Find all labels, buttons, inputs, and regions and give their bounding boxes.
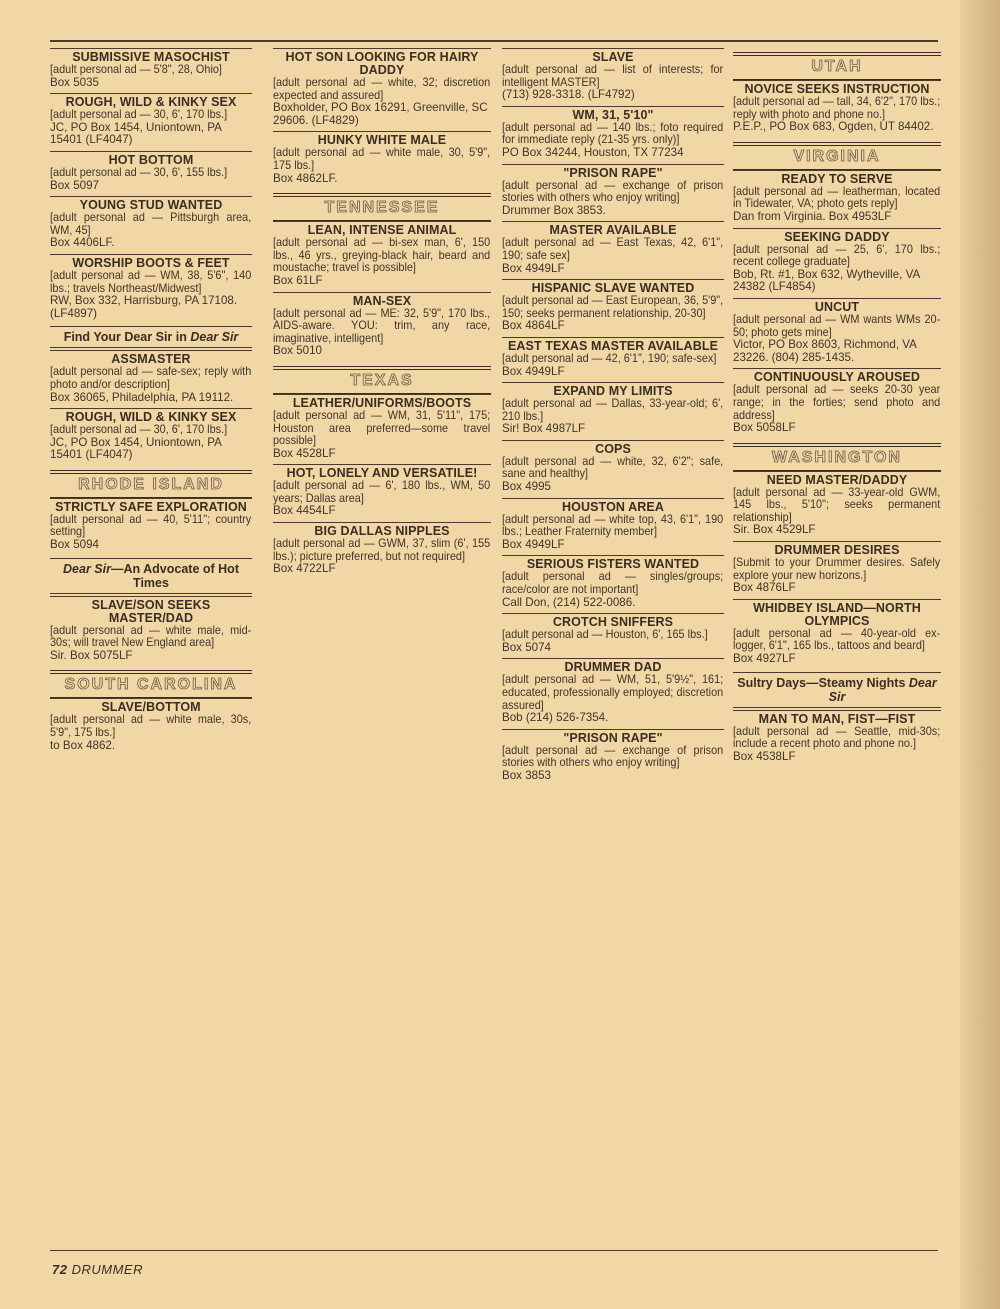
- classified-ad: Crotch Sniffers[adult personal ad — Hous…: [502, 613, 724, 658]
- ad-reply-box: Dan from Virginia. Box 4953LF: [733, 211, 941, 224]
- classified-ad: Hot Bottom[adult personal ad — 30, 6', 1…: [50, 151, 252, 196]
- ad-body: [adult personal ad — white male, mid-30s…: [50, 625, 251, 650]
- ad-reply-box: Sir! Box 4987LF: [502, 423, 724, 436]
- ad-body: [adult personal ad — 140 lbs.; foto requ…: [502, 122, 723, 147]
- bottom-rule: [50, 1250, 938, 1251]
- ad-body: [adult personal ad — WM, 51, 5'9½", 161;…: [502, 674, 723, 712]
- classified-ad: Drummer Desires[Submit to your Drummer d…: [733, 541, 941, 599]
- ad-reply-box: to Box 4862.: [50, 740, 252, 753]
- ad-reply-box: P.E.P., PO Box 683, Ogden, UT 84402.: [733, 121, 941, 134]
- ad-body: [adult personal ad — WM, 31, 5'11", 175;…: [273, 410, 490, 448]
- state-section-heading: Texas: [273, 366, 491, 394]
- classified-ad: Big Dallas Nipples[adult personal ad — G…: [273, 522, 491, 580]
- ad-body: [adult personal ad — 40-year-old ex-logg…: [733, 628, 940, 653]
- ad-body: [adult personal ad — white male, 30s, 5'…: [50, 714, 251, 739]
- state-section-heading: Rhode Island: [50, 470, 252, 498]
- ad-reply-box: Box 36065, Philadelphia, PA 19112.: [50, 392, 252, 405]
- state-section-heading: South Carolina: [50, 670, 252, 698]
- ad-reply-box: Box 4406LF.: [50, 237, 252, 250]
- classified-ad: Expand My Limits[adult personal ad — Dal…: [502, 382, 724, 440]
- classified-ad: Serious Fisters Wanted[adult personal ad…: [502, 555, 724, 613]
- classified-ad: Cops[adult personal ad — white, 32, 6'2"…: [502, 440, 724, 498]
- ad-body: [Submit to your Drummer desires. Safely …: [733, 557, 940, 582]
- promo-banner: Dear Sir—An Advocate of Hot Times: [50, 558, 252, 594]
- ad-body: [adult personal ad — Seattle, mid-30s; i…: [733, 726, 940, 751]
- classified-ad: Need Master/Daddy[adult personal ad — 33…: [733, 471, 941, 541]
- classified-ad: Man to Man, Fist—Fist[adult personal ad …: [733, 710, 941, 768]
- promo-banner: Find Your Dear Sir in Dear Sir: [50, 326, 252, 348]
- ad-body: [adult personal ad — singles/groups; rac…: [502, 571, 723, 596]
- ad-body: [adult personal ad — East European, 36, …: [502, 295, 723, 320]
- classified-ad: Whidbey Island—North Olympics[adult pers…: [733, 599, 941, 670]
- classified-ad: Worship Boots & Feet[adult personal ad —…: [50, 254, 252, 324]
- ad-reply-box: Box 4864LF: [502, 320, 724, 333]
- ad-body: [adult personal ad — list of interests; …: [502, 64, 723, 89]
- ad-reply-box: Box 4528LF: [273, 448, 491, 461]
- ad-body: [adult personal ad — Houston, 6', 165 lb…: [502, 629, 723, 642]
- ad-body: [adult personal ad — ME: 32, 5'9", 170 l…: [273, 308, 490, 346]
- classified-ad: Young Stud Wanted[adult personal ad — Pi…: [50, 196, 252, 254]
- classified-ad: Slave/Son Seeks Master/Dad[adult persona…: [50, 596, 252, 667]
- ad-body: [adult personal ad — bi-sex man, 6', 150…: [273, 237, 490, 275]
- promo-banner: Sultry Days—Steamy Nights Dear Sir: [733, 672, 941, 708]
- ad-reply-box: Bob (214) 526-7354.: [502, 712, 724, 725]
- ad-reply-box: Drummer Box 3853.: [502, 205, 724, 218]
- ad-reply-box: Boxholder, PO Box 16291, Greenville, SC …: [273, 102, 491, 127]
- ad-body: [adult personal ad — tall, 34, 6'2", 170…: [733, 96, 940, 121]
- ad-body: [adult personal ad — 42, 6'1", 190; safe…: [502, 353, 723, 366]
- ad-reply-box: Box 61LF: [273, 275, 491, 288]
- page-edge-shadow: [960, 0, 1000, 1309]
- ad-body: [adult personal ad — 30, 6', 155 lbs.]: [50, 167, 251, 180]
- ad-reply-box: Box 4538LF: [733, 751, 941, 764]
- ad-reply-box: JC, PO Box 1454, Uniontown, PA 15401 (LF…: [50, 437, 252, 462]
- ad-body: [adult personal ad — WM wants WMs 20-50;…: [733, 314, 940, 339]
- ad-body: [adult personal ad — 30, 6', 170 lbs.]: [50, 109, 251, 122]
- ad-reply-box: Box 4949LF: [502, 366, 724, 379]
- promo-italic: Dear Sir: [190, 330, 238, 344]
- ad-reply-box: Box 4722LF: [273, 563, 491, 576]
- classified-ad: Drummer Dad[adult personal ad — WM, 51, …: [502, 658, 724, 728]
- classified-ad: Assmaster[adult personal ad — safe-sex; …: [50, 350, 252, 408]
- column-2: Hot Son Looking for Hairy Daddy[adult pe…: [273, 48, 491, 580]
- ad-body: [adult personal ad — white, 32; discreti…: [273, 77, 490, 102]
- ad-reply-box: PO Box 34244, Houston, TX 77234: [502, 147, 724, 160]
- ad-body: [adult personal ad — white, 32, 6'2"; sa…: [502, 456, 723, 481]
- classified-ad: Rough, Wild & Kinky Sex[adult personal a…: [50, 408, 252, 466]
- ad-body: [adult personal ad — 30, 6', 170 lbs.]: [50, 424, 251, 437]
- classified-ad: Leather/Uniforms/Boots[adult personal ad…: [273, 394, 491, 464]
- ad-reply-box: Box 4454LF: [273, 505, 491, 518]
- state-section-heading: Tennessee: [273, 193, 491, 221]
- ad-body: [adult personal ad — seeks 20-30 year ra…: [733, 384, 940, 422]
- classified-ad: Strictly Safe Exploration[adult personal…: [50, 498, 252, 556]
- column-1: Submissive Masochist[adult personal ad —…: [50, 48, 252, 756]
- state-section-heading: Washington: [733, 443, 941, 471]
- classified-ad: Rough, Wild & Kinky Sex[adult personal a…: [50, 93, 252, 151]
- ad-body: [adult personal ad — white top, 43, 6'1"…: [502, 514, 723, 539]
- ad-reply-box: RW, Box 332, Harrisburg, PA 17108. (LF48…: [50, 295, 252, 320]
- classified-ad: Novice Seeks Instruction[adult personal …: [733, 80, 941, 138]
- promo-text: Sultry Days—Steamy Nights: [737, 676, 905, 690]
- classified-ad: Hunky White Male[adult personal ad — whi…: [273, 131, 491, 189]
- ad-title: Hot Son Looking for Hairy Daddy: [273, 51, 491, 77]
- ad-body: [adult personal ad — exchange of prison …: [502, 745, 723, 770]
- ad-reply-box: (713) 928-3318. (LF4792): [502, 89, 724, 102]
- ad-body: [adult personal ad — safe-sex; reply wit…: [50, 366, 251, 391]
- classified-ad: Submissive Masochist[adult personal ad —…: [50, 48, 252, 93]
- ad-reply-box: Box 4876LF: [733, 582, 941, 595]
- column-4: UtahNovice Seeks Instruction[adult perso…: [733, 48, 941, 767]
- ad-reply-box: Bob, Rt. #1, Box 632, Wytheville, VA 243…: [733, 269, 941, 294]
- promo-italic: Dear Sir: [63, 562, 111, 576]
- classified-ad: Seeking Daddy[adult personal ad — 25, 6'…: [733, 228, 941, 298]
- top-rule: [50, 40, 938, 42]
- classified-ad: "Prison Rape"[adult personal ad — exchan…: [502, 729, 724, 787]
- classified-ad: East Texas Master Available[adult person…: [502, 337, 724, 382]
- ad-reply-box: Box 4949LF: [502, 263, 724, 276]
- ad-reply-box: Sir. Box 5075LF: [50, 650, 252, 663]
- ad-body: [adult personal ad — WM, 38, 5'6", 140 l…: [50, 270, 251, 295]
- ad-body: [adult personal ad — white male, 30, 5'9…: [273, 147, 490, 172]
- ad-title: Slave/Son Seeks Master/Dad: [50, 599, 252, 625]
- ad-body: [adult personal ad — Dallas, 33-year-old…: [502, 398, 723, 423]
- ad-reply-box: Box 4949LF: [502, 539, 724, 552]
- ad-reply-box: Box 5094: [50, 539, 252, 552]
- promo-text: Find Your Dear Sir in: [64, 330, 187, 344]
- ad-reply-box: Call Don, (214) 522-0086.: [502, 597, 724, 610]
- ad-body: [adult personal ad — East Texas, 42, 6'1…: [502, 237, 723, 262]
- classified-ad: Houston Area[adult personal ad — white t…: [502, 498, 724, 556]
- classified-ad: WM, 31, 5'10"[adult personal ad — 140 lb…: [502, 106, 724, 164]
- page-number: 72: [52, 1262, 67, 1277]
- classified-ad: Continuously Aroused[adult personal ad —…: [733, 368, 941, 438]
- classified-ad: Hot Son Looking for Hairy Daddy[adult pe…: [273, 48, 491, 131]
- classified-ad: Slave[adult personal ad — list of intere…: [502, 48, 724, 106]
- ad-reply-box: Box 5035: [50, 77, 252, 90]
- page-footer: 72 DRUMMER: [52, 1262, 143, 1277]
- ad-reply-box: Victor, PO Box 8603, Richmond, VA 23226.…: [733, 339, 941, 364]
- ad-reply-box: Box 5074: [502, 642, 724, 655]
- ad-body: [adult personal ad — Pittsburgh area, WM…: [50, 212, 251, 237]
- magazine-name: DRUMMER: [72, 1262, 143, 1277]
- classified-ad: Lean, Intense Animal[adult personal ad —…: [273, 221, 491, 291]
- ad-body: [adult personal ad — 5'8", 28, Ohio]: [50, 64, 251, 77]
- ad-reply-box: Box 4995: [502, 481, 724, 494]
- ad-reply-box: Box 5097: [50, 180, 252, 193]
- ad-title: Whidbey Island—North Olympics: [733, 602, 941, 628]
- ad-body: [adult personal ad — 40, 5'11"; country …: [50, 514, 251, 539]
- ad-reply-box: Box 4862LF.: [273, 173, 491, 186]
- state-section-heading: Virginia: [733, 142, 941, 170]
- ad-body: [adult personal ad — 25, 6', 170 lbs.; r…: [733, 244, 940, 269]
- ad-body: [adult personal ad — 33-year-old GWM, 14…: [733, 487, 940, 525]
- promo-text: —An Advocate of Hot Times: [111, 562, 239, 590]
- ad-body: [adult personal ad — GWM, 37, slim (6', …: [273, 538, 490, 563]
- ad-reply-box: Box 5010: [273, 345, 491, 358]
- ad-reply-box: Box 5058LF: [733, 422, 941, 435]
- classified-ad: Ready to Serve[adult personal ad — leath…: [733, 170, 941, 228]
- classified-ad: Uncut[adult personal ad — WM wants WMs 2…: [733, 298, 941, 368]
- classified-ad: Hispanic Slave Wanted[adult personal ad …: [502, 279, 724, 337]
- ad-reply-box: JC, PO Box 1454, Uniontown, PA 15401 (LF…: [50, 122, 252, 147]
- classified-ad: "Prison Rape"[adult personal ad — exchan…: [502, 164, 724, 222]
- classified-ad: Hot, Lonely and Versatile![adult persona…: [273, 464, 491, 522]
- ad-reply-box: Box 3853: [502, 770, 724, 783]
- ad-body: [adult personal ad — leatherman, located…: [733, 186, 940, 211]
- classified-ad: Master Available[adult personal ad — Eas…: [502, 221, 724, 279]
- ad-body: [adult personal ad — exchange of prison …: [502, 180, 723, 205]
- ad-reply-box: Sir. Box 4529LF: [733, 524, 941, 537]
- classified-ad: Man-Sex[adult personal ad — ME: 32, 5'9"…: [273, 292, 491, 362]
- classified-ad: Slave/Bottom[adult personal ad — white m…: [50, 698, 252, 756]
- ad-body: [adult personal ad — 6', 180 lbs., WM, 5…: [273, 480, 490, 505]
- ad-reply-box: Box 4927LF: [733, 653, 941, 666]
- column-3: Slave[adult personal ad — list of intere…: [502, 48, 724, 787]
- state-section-heading: Utah: [733, 52, 941, 80]
